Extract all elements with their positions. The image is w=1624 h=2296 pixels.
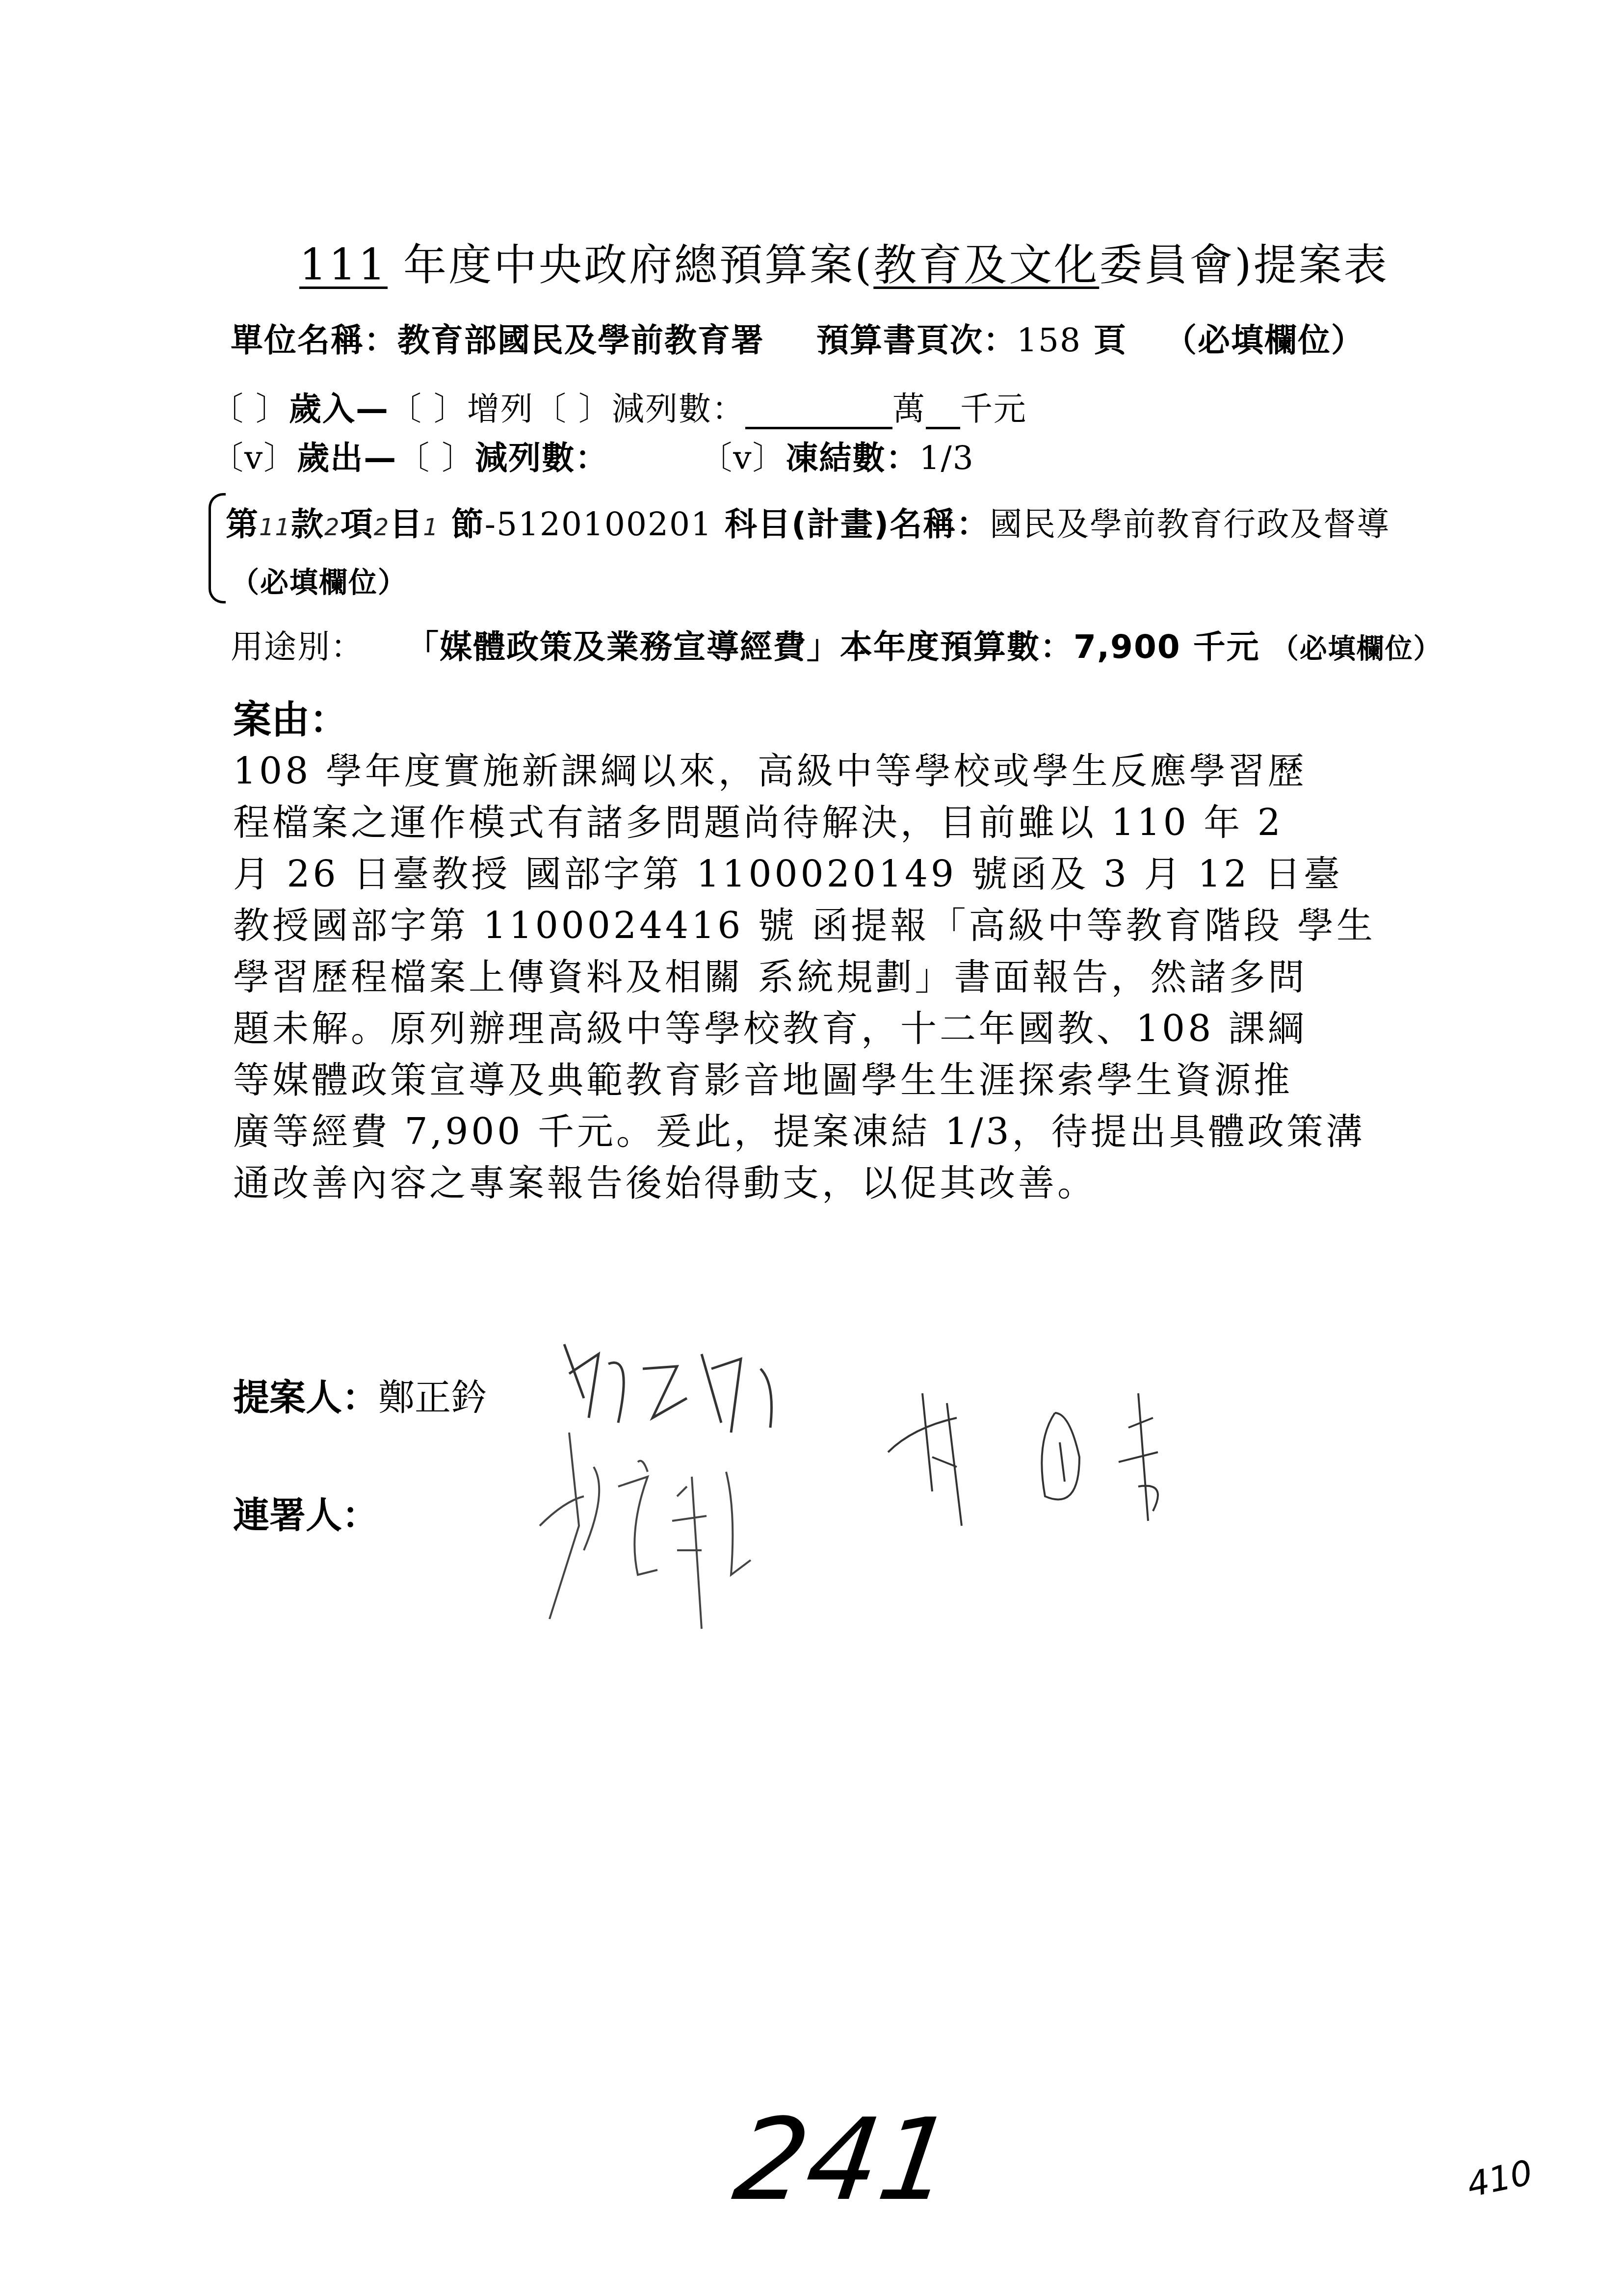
expenditure-checkbox[interactable]: 〔v〕 [211,439,297,477]
item-required-note: （必填欄位） [231,559,407,600]
subject-name: 國民及學前教育行政及督導 [990,505,1390,543]
usage-value: 「媒體政策及業務宣導經費」 [406,628,840,666]
reason-line: 題未解。原列辦理高級中等學校教育，十二年國教、108 課綱 [233,1003,1420,1055]
unit-name: 教育部國民及學前教育署 [397,321,764,359]
reason-line: 廣等經費 7,900 千元。爰此，提案凍結 1/3，待提出具體政策溝 [233,1106,1420,1158]
exp-decrease-checkbox[interactable]: 〔 〕 [397,439,475,477]
reason-body: 108 學年度實施新課綱以來，高級中等學校或學生反應學習歷 程檔案之運作模式有諸… [233,746,1420,1209]
proposer-name: 鄭正鈐 [378,1377,487,1419]
signature-scribble-icon [873,1383,1246,1531]
reason-line: 學習歷程檔案上傳資料及相關 系統規劃」書面報告，然諸多問 [233,952,1420,1003]
revenue-checkbox[interactable]: 〔 〕 [211,390,289,428]
freeze-checkbox[interactable]: 〔v〕 [700,439,786,477]
signature-scribble-icon [520,1413,795,1639]
fiscal-year: 111 [299,239,388,290]
wan-blank[interactable] [745,397,892,429]
decrease-checkbox[interactable]: 〔 〕 [534,390,612,428]
budget-page: 158 [1017,321,1081,359]
committee-name: 教育及文化 [873,239,1099,290]
revenue-line: 〔 〕歲入—〔 〕增列〔 〕減列數：萬千元 [211,383,1027,429]
item-bracket [209,493,226,603]
jie-handwritten: 1 [423,514,439,541]
kuan-handwritten: 11 [259,514,291,541]
budget-amount: 7,900 [1074,628,1181,666]
mu-handwritten: 2 [374,514,390,541]
reason-line: 等媒體政策宣導及典範教育影音地圖學生生涯探索學生資源推 [233,1055,1420,1106]
handwritten-page-number: 241 [727,2095,961,2226]
increase-checkbox[interactable]: 〔 〕 [389,390,467,428]
required-note: （必填欄位） [1164,321,1364,359]
reason-line: 教授國部字第 1100024416 號 函提報「高級中等教育階段 學生 [233,900,1420,952]
expenditure-line: 〔v〕歲出—〔 〕減列數： 〔v〕凍結數：1/3 [211,432,974,478]
proposer-line: 提案人：鄭正鈐 [233,1369,487,1421]
reason-line: 通改善內容之專案報告後始得動支，以促其改善。 [233,1158,1420,1209]
cosigner-label: 連署人： [233,1487,378,1539]
cosigner-signature-1 [520,1413,795,1641]
form-title: 111 年度中央政府總預算案(教育及文化委員會)提案表 [299,231,1389,292]
subject-code: -5120100201 [485,505,712,543]
reason-line: 108 學年度實施新課綱以來，高級中等學校或學生反應學習歷 [233,746,1420,797]
thousand-blank[interactable] [926,397,960,429]
xiang-handwritten: 2 [324,514,341,541]
unit-line: 單位名稱：教育部國民及學前教育署 預算書頁次：158 頁 （必填欄位） [231,314,1364,361]
usage-line: 用途別： 「媒體政策及業務宣導經費」本年度預算數：7,900 千元 （必填欄位） [231,621,1442,667]
reason-heading: 案由： [233,689,348,744]
reason-line: 月 26 日臺教授 國部字第 1100020149 號函及 3 月 12 日臺 [233,849,1420,900]
freeze-value: 1/3 [919,439,974,477]
page-number-small: 410 [1464,2152,1536,2205]
cosigner-signature-2 [873,1383,1246,1533]
reason-line: 程檔案之運作模式有諸多問題尚待解決，目前雖以 110 年 2 [233,797,1420,849]
item-line: 第11款2項2目1 節-5120100201 科目(計畫)名稱：國民及學前教育行… [226,498,1390,545]
